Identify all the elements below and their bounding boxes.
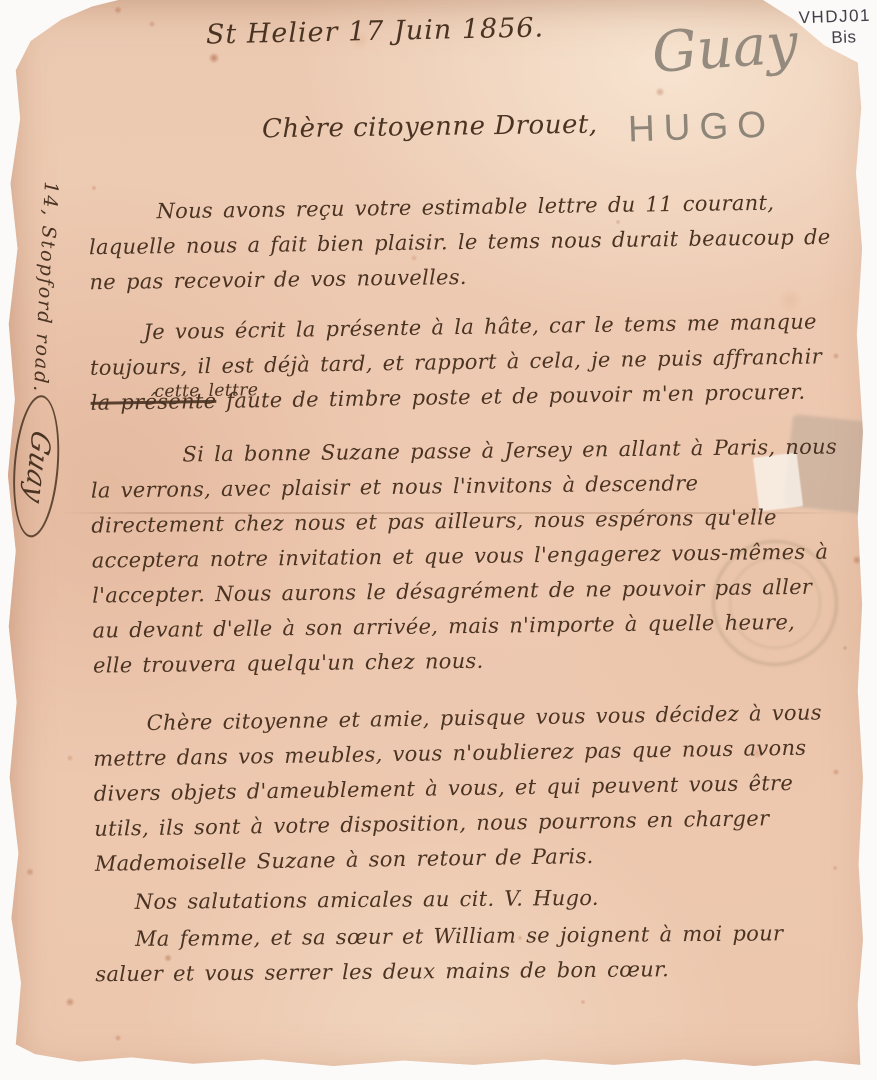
- paragraph-family-greetings: Ma femme, et sa sœur et William se joign…: [95, 916, 844, 993]
- paragraph-2-end: faute de timbre poste et de pouvoir m'en…: [216, 380, 805, 413]
- paragraph-salutations-hugo: Nos salutations amicales au cit. V. Hugo…: [95, 879, 843, 921]
- archive-reference-suffix: Bis: [831, 26, 872, 48]
- paragraph-furniture: Chère citoyenne et amie, puisque vous vo…: [92, 695, 843, 882]
- paragraph-suzanne-visit: Si la bonne Suzane passe à Jersey en all…: [90, 429, 841, 683]
- paragraph-written-in-haste: Je vous écrit la présente à la hâte, car…: [89, 304, 839, 421]
- correction-group: cette lettrela présente: [90, 389, 216, 415]
- letter-body: Nous avons reçu votre estimable lettre d…: [89, 187, 844, 992]
- paragraph-received-letter: Nous avons reçu votre estimable lettre d…: [88, 185, 837, 300]
- scanned-letter-page: { "archive": { "reference": "VHDJ01", "r…: [0, 0, 877, 1080]
- pencil-annotation-name: Guay: [650, 11, 800, 86]
- letter-paper: Guay HUGO St Helier 17 Juin 1856. Chère …: [0, 0, 877, 1080]
- signature-flourish: Guay: [7, 388, 65, 545]
- letter-dateline: St Helier 17 Juin 1856.: [95, 10, 656, 53]
- margin-signature: Guay: [6, 393, 66, 539]
- letter-salutation: Chère citoyenne Drouet,: [262, 110, 598, 145]
- paragraph-2-start: Je vous écrit la présente à la hâte, car…: [90, 309, 822, 379]
- inserted-correction: cette lettre: [100, 374, 258, 411]
- pencil-annotation-hugo: HUGO: [627, 103, 775, 150]
- archive-reference-code: VHDJ01: [798, 6, 871, 28]
